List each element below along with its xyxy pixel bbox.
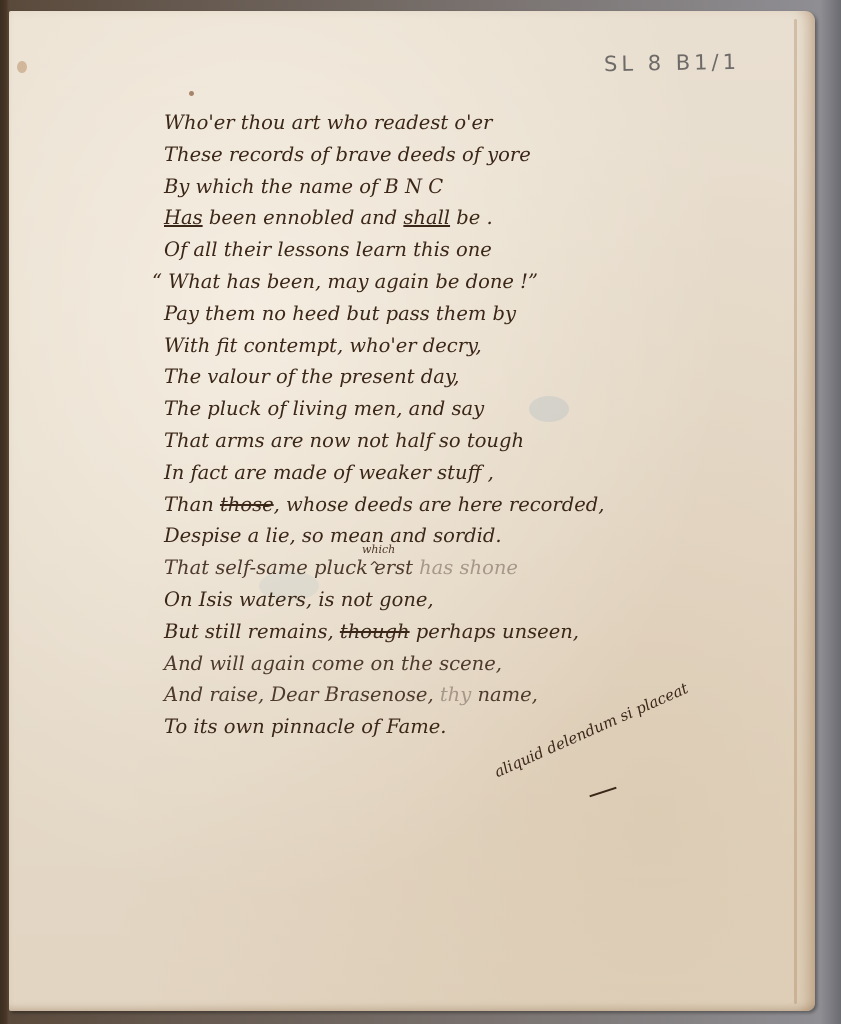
poem-line: “ What has been, may again be done !”	[152, 266, 684, 298]
marginal-dash	[589, 787, 616, 798]
line-text: That self-same pluck	[164, 556, 374, 579]
ink-spot	[189, 91, 194, 96]
interlinear-insertion: which	[362, 544, 395, 556]
line-text: name,	[471, 683, 538, 706]
line-text: And raise, Dear Brasenose,	[164, 683, 440, 706]
struck-word: those	[220, 493, 274, 516]
poem-line: By which the name of B N C	[164, 171, 684, 203]
line-text: But still remains,	[164, 620, 340, 643]
poem-line: That arms are now not half so tough	[164, 425, 684, 457]
line-text: be .	[450, 206, 493, 229]
poem-line: That self-same pluck erst has shone whic…	[164, 552, 684, 584]
faded-text: thy	[440, 683, 471, 706]
caret-mark: ^	[369, 562, 380, 574]
poem-line: And raise, Dear Brasenose, thy name,	[164, 679, 684, 711]
manuscript-page: SL 8 B1/1 Who'er thou art who readest o'…	[9, 11, 815, 1011]
shelfmark: SL 8 B1/1	[604, 50, 740, 76]
inserted-word: erst	[374, 556, 413, 579]
poem-line: Despise a lie, so mean and sordid.	[164, 520, 684, 552]
scanned-page-photo: SL 8 B1/1 Who'er thou art who readest o'…	[0, 0, 841, 1024]
poem: Who'er thou art who readest o'er These r…	[164, 107, 684, 743]
poem-line: With fit contempt, who'er decry,	[164, 330, 684, 362]
line-text: , whose deeds are here recorded,	[274, 493, 605, 516]
poem-line: In fact are made of weaker stuff ,	[164, 457, 684, 489]
poem-line: The valour of the present day,	[164, 361, 684, 393]
poem-line: Of all their lessons learn this one	[164, 234, 684, 266]
poem-line: And will again come on the scene,	[164, 648, 684, 680]
underlined-word: shall	[403, 206, 450, 229]
underlined-word: Has	[164, 206, 203, 229]
line-text: been ennobled and	[203, 206, 404, 229]
poem-line: Has been ennobled and shall be .	[164, 202, 684, 234]
poem-line: Pay them no heed but pass them by	[164, 298, 684, 330]
poem-line: The pluck of living men, and say	[164, 393, 684, 425]
poem-line: On Isis waters, is not gone,	[164, 584, 684, 616]
poem-line: These records of brave deeds of yore	[164, 139, 684, 171]
struck-word: though	[340, 620, 410, 643]
page-edge	[794, 19, 797, 1004]
line-text: perhaps unseen,	[410, 620, 579, 643]
faded-text: has shone	[413, 556, 518, 579]
poem-line: But still remains, though perhaps unseen…	[164, 616, 684, 648]
poem-line: Who'er thou art who readest o'er	[164, 107, 684, 139]
poem-line: Than those, whose deeds are here recorde…	[164, 489, 684, 521]
line-text: Than	[164, 493, 220, 516]
foxing-spot	[17, 61, 27, 73]
